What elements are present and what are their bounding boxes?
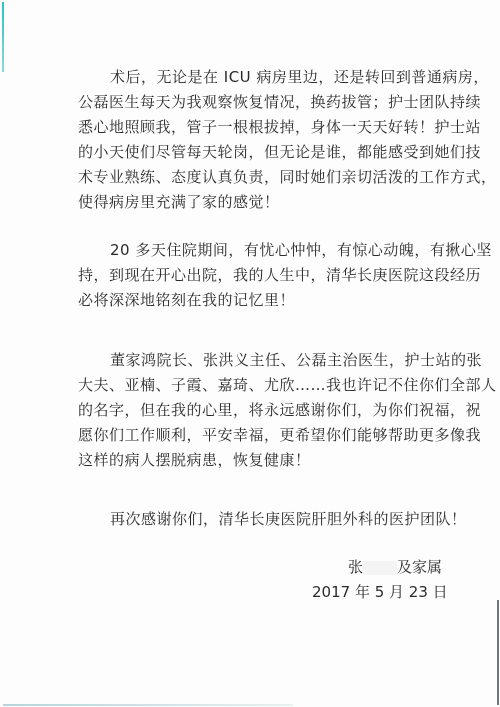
signature-surname: 张 (348, 558, 363, 576)
text-line: 董家鸿院长、张洪义主任、公磊主治医生，护士站的张 (110, 350, 482, 370)
text-line: 20 多天住院期间，有忧心忡忡，有惊心动魄，有揪心坚 (110, 240, 492, 260)
signature: 张及家属 (348, 557, 442, 577)
text-line: 术专业熟练、态度认真负责，同时她们亲切活泼的工作方式， (78, 167, 497, 187)
scan-edge-bottom (3, 704, 293, 706)
text-line: 使得病房里充满了家的感觉！ (78, 192, 280, 212)
text-line: 大夫、亚楠、子霞、嘉琦、尤欣……我也许记不住你们全部人 (78, 375, 497, 395)
scanned-letter-page: 术后，无论是在 ICU 病房里边，还是转回到普通病房， 公磊医生每天为我观察恢复… (0, 0, 500, 707)
text-line: 公磊医生每天为我观察恢复情况，换药拔管；护士团队持续 (78, 92, 481, 112)
text-line: 必将深深地铭刻在我的记忆里！ (78, 290, 295, 310)
text-line: 这样的病人摆脱病患，恢复健康！ (78, 450, 311, 470)
text-line: 的名字，但在我的心里，将永远感谢你们，为你们祝福，祝 (78, 400, 481, 420)
signature-suffix: 及家属 (397, 558, 442, 576)
letter-date: 2017 年 5 月 23 日 (312, 582, 448, 602)
text-line: 持，到现在开心出院，我的人生中，清华长庚医院这段经历 (78, 265, 481, 285)
redacted-name (363, 561, 397, 575)
text-line: 的小天使们尽管每天轮岗，但无论是谁，都能感受到她们技 (78, 142, 481, 162)
scan-edge-right (497, 600, 499, 705)
text-line: 愿你们工作顺利，平安幸福，更希望你们能够帮助更多像我 (78, 425, 481, 445)
scan-edge-left (2, 2, 4, 72)
text-line: 再次感谢你们，清华长庚医院肝胆外科的医护团队！ (110, 509, 467, 529)
text-line: 悉心地照顾我，管子一根根拔掉，身体一天天好转！护士站 (78, 117, 481, 137)
text-line: 术后，无论是在 ICU 病房里边，还是转回到普通病房， (110, 67, 489, 87)
